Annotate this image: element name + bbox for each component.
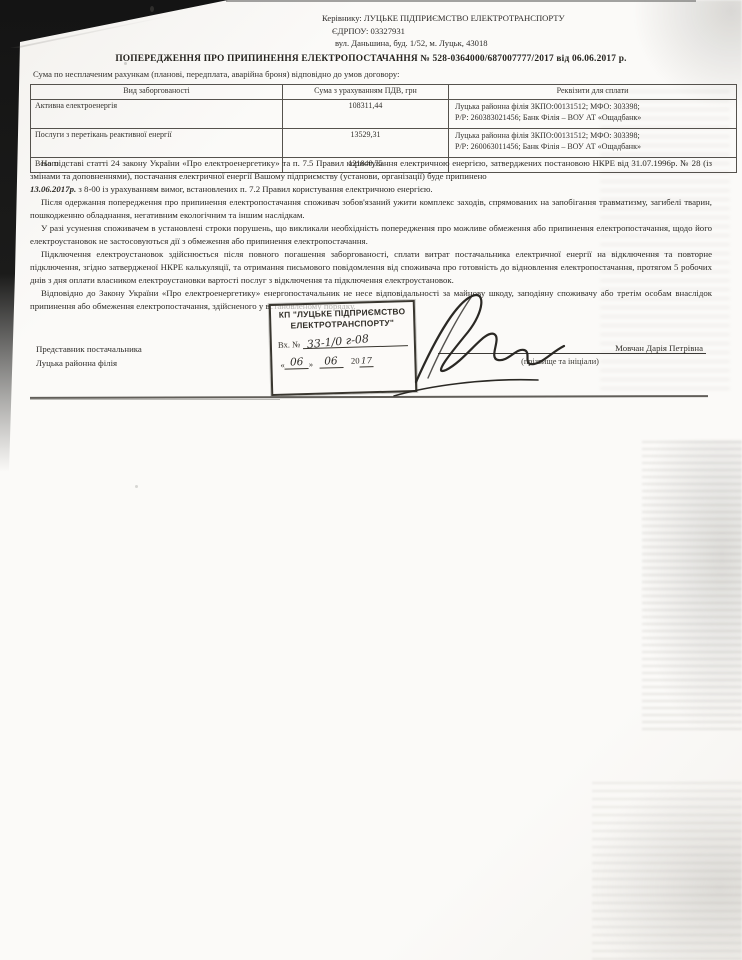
stamp-quote-close: »	[309, 359, 314, 369]
requisites-line: Р/Р: 260383021456; Банк Філія – ВОУ АТ «…	[455, 112, 732, 123]
paragraph-cutoff-date: 13.06.2017р. з 8-00 із урахуванням вимог…	[30, 183, 712, 196]
cutoff-date: 13.06.2017р.	[30, 184, 76, 194]
scanned-document-page: Керівнику: ЛУЦЬКЕ ПІДПРИЄМСТВО ЕЛЕКТРОТР…	[0, 0, 742, 960]
stamp-incoming-number-handwritten: 33-1/0 г-08	[307, 332, 370, 351]
representative-block: Представник постачальника Луцька районна…	[36, 342, 142, 370]
representative-role: Представник постачальника	[36, 342, 142, 356]
body-text: На підставі статті 24 закону України «Пр…	[30, 157, 712, 313]
paragraph-reconnection: Підключення електроустановок здійснюєтьс…	[30, 248, 712, 287]
cutoff-date-rest: з 8-00 із урахуванням вимог, встановлени…	[76, 184, 432, 194]
col-header-amount: Сума з урахуванням ПДВ, грн	[283, 85, 449, 100]
representative-branch: Луцька районна філія	[36, 356, 142, 370]
stamp-incoming-label: Вх. №	[278, 339, 301, 350]
signatory-name: Мовчан Дарія Петрівна	[609, 343, 706, 354]
table-row: Активна електроенергія 108311,44 Луцька …	[31, 100, 737, 129]
signature-scribble	[388, 286, 588, 402]
requisites-line: Р/Р: 260063011456; Банк Філія – ВОУ АТ «…	[455, 141, 732, 152]
stamp-month-handwritten: 06	[319, 355, 343, 369]
recipient-line: Керівнику: ЛУЦЬКЕ ПІДПРИЄМСТВО ЕЛЕКТРОТР…	[322, 12, 565, 25]
amount-cell: 13529,31	[283, 129, 449, 158]
intro-line: Сума по несплаченим рахункам (планові, п…	[33, 69, 399, 79]
document-title: ПОПЕРЕДЖЕННЯ ПРО ПРИПИНЕННЯ ЕЛЕКТРОПОСТА…	[40, 54, 702, 64]
paragraph-consumer-measures: Після одержання попередження про припине…	[30, 196, 712, 222]
edrpou-line: ЄДРПОУ: 03327931	[322, 25, 565, 38]
address-line: вул. Даньшина, буд. 1/52, м. Луцьк, 4301…	[322, 37, 565, 50]
stamp-year: 2017	[351, 355, 374, 368]
debt-type-cell: Послуги з перетікань реактивної енергії	[31, 129, 283, 158]
scan-smudge-mid-right	[642, 440, 742, 730]
paragraph-violation-remedy: У разі усунення споживачем в установлені…	[30, 222, 712, 248]
scan-speck	[135, 485, 138, 488]
separator-line-shadow	[30, 399, 280, 400]
scan-speck	[150, 6, 154, 12]
stamp-year-prefix: 20	[351, 356, 360, 366]
recipient-block: Керівнику: ЛУЦЬКЕ ПІДПРИЄМСТВО ЕЛЕКТРОТР…	[322, 12, 565, 50]
requisites-line: Луцька районна філія ЗКПО:00131512; МФО:…	[455, 101, 732, 112]
col-header-debt-type: Вид заборгованості	[31, 85, 283, 100]
amount-cell: 108311,44	[283, 100, 449, 129]
scan-smudge-bottom-right	[592, 780, 742, 960]
table-header-row: Вид заборгованості Сума з урахуванням ПД…	[31, 85, 737, 100]
requisites-cell: Луцька районна філія ЗКПО:00131512; МФО:…	[449, 100, 737, 129]
stamp-year-handwritten: 17	[359, 356, 373, 367]
stamp-day-handwritten: 06	[285, 356, 309, 370]
scan-top-edge	[226, 0, 696, 2]
requisites-line: Луцька районна філія ЗКПО:00131512; МФО:…	[455, 130, 732, 141]
debt-type-cell: Активна електроенергія	[31, 100, 283, 129]
col-header-requisites: Реквізити для сплати	[449, 85, 737, 100]
requisites-cell: Луцька районна філія ЗКПО:00131512; МФО:…	[449, 129, 737, 158]
paragraph-legal-basis: На підставі статті 24 закону України «Пр…	[30, 157, 712, 183]
table-row: Послуги з перетікань реактивної енергії …	[31, 129, 737, 158]
